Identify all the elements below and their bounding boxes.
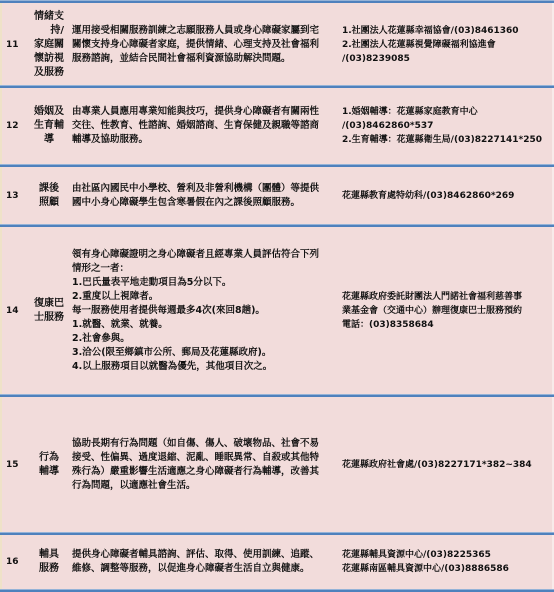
service-contact: 1.婚姻輔導：花蓮縣家庭教育中心 /(03)8462860*537 2.生育輔導… [342,88,548,164]
description-line: 2.社會參與。 [72,332,319,346]
table-row-12: 12 婚姻及 生育輔 導 由專業人員應用專業知能與技巧，提供身心障礙者有關兩性 … [0,88,554,164]
service-name-line: 服務 [39,562,59,576]
contact-line: 花蓮縣政府社會處/(03)8227171*382~384 [342,458,532,472]
services-table: 11 情緒支 持/ 家庭關 懷訪視 及服務 運用接受相關服務訓練之志願服務人員或… [0,0,554,592]
service-description: 運用接受相關服務訓練之志願服務人員或身心障礙家屬到宅 關懷支持身心障礙者家庭，提… [72,4,334,85]
service-name: 婚姻及 生育輔 導 [30,88,68,164]
service-description: 由專業人員應用專業知能與技巧，提供身心障礙者有關兩性 交往、性教育、性諮詢、婚姻… [72,88,334,164]
table-row-15: 15 行為 輔導 協助長期有行為問題（如自傷、傷人、破壞物品、社會不易 接受、性… [0,397,554,532]
table-row-11: 11 情緒支 持/ 家庭關 懷訪視 及服務 運用接受相關服務訓練之志願服務人員或… [0,4,554,85]
contact-line: 業基金會（交通中心）辦理復康巴士服務預約 [342,304,522,318]
table-row-13: 13 課後 照顧 由社區內國民中小學校、營利及非營利機構（團體）等提供 國中小身… [0,167,554,224]
row-number: 16 [6,535,30,589]
row-number: 15 [6,397,30,532]
description-line: 維修、調整等服務，以促進身心障礙者生活自立與健康。 [72,562,319,576]
description-line: 國中小身心障礙學生包含寒暑假在內之課後照顧服務。 [72,196,319,210]
description-line: 1.就醫、就業、就養。 [72,318,319,332]
description-line: 運用接受相關服務訓練之志願服務人員或身心障礙家屬到宅 [72,24,319,38]
service-contact: 花蓮縣輔具資源中心/(03)8225365 花蓮縣南區輔具資源中心/(03)88… [342,535,548,589]
service-name: 課後 照顧 [30,167,68,224]
service-description: 由社區內國民中小學校、營利及非營利機構（團體）等提供 國中小身心障礙學生包含寒暑… [72,167,334,224]
contact-line: 電話：(03)8358684 [342,318,522,332]
row-number: 13 [6,167,30,224]
service-name-line: 懷訪視 [34,52,64,66]
service-description: 提供身心障礙者輔具諮詢、評估、取得、使用訓練、追蹤、 維修、調整等服務，以促進身… [72,535,334,589]
service-name-line: 輔導 [39,465,59,479]
row-number: 11 [6,4,30,85]
contact-line: /(03)8462860*537 [342,119,542,133]
description-line: 2.重度以上視障者。 [72,290,319,304]
row-divider [0,0,554,3]
service-name-line: 輔具 [39,548,59,562]
row-number: 14 [6,227,30,394]
service-name-line: 照顧 [39,196,59,210]
service-name-line: 情緒支 [34,10,64,24]
contact-line: 花蓮縣輔具資源中心/(03)8225365 [342,548,509,562]
contact-line: 2.社團法人花蓮縣視覺障礙福利協進會 [342,38,519,52]
table-row-16: 16 輔具 服務 提供身心障礙者輔具諮詢、評估、取得、使用訓練、追蹤、 維修、調… [0,535,554,589]
description-line: 關懷支持身心障礙者家庭，提供情緒、心理支持及社會福利 [72,38,319,52]
contact-line: 花蓮縣教育處特幼科/(03)8462860*269 [342,189,514,203]
service-contact: 花蓮縣政府委託財團法人門諾社會福利慈善事 業基金會（交通中心）辦理復康巴士服務預… [342,227,548,394]
description-line: 3.洽公(限至鄉鎮市公所、郵局及花蓮縣政府)。 [72,346,319,360]
service-name-line: 家庭關 [34,38,64,52]
description-line: 殊行為）嚴重影響生活適應之身心障礙者行為輔導，改善其 [72,465,319,479]
contact-line: 1.社團法人花蓮縣幸福協會/(03)8461360 [342,24,519,38]
description-line: 服務諮詢，並結合民間社會福利資源協助解決問題。 [72,52,319,66]
service-name-line: 行為 [39,451,59,465]
service-name-line: 婚姻及 [34,105,64,119]
service-contact: 1.社團法人花蓮縣幸福協會/(03)8461360 2.社團法人花蓮縣視覺障礙福… [342,4,548,85]
contact-line: 花蓮縣南區輔具資源中心/(03)8886586 [342,562,509,576]
service-name-line: 復康巴 [34,297,64,311]
contact-line: /(03)8239085 [342,52,519,66]
service-name-line: 導 [34,133,64,147]
service-name: 行為 輔導 [30,397,68,532]
service-name-line: 持/ [34,24,64,38]
service-name-line: 及服務 [34,66,64,80]
service-description: 協助長期有行為問題（如自傷、傷人、破壞物品、社會不易 接受、性偏異、過度退縮、泥… [72,397,334,532]
service-name: 情緒支 持/ 家庭關 懷訪視 及服務 [30,4,68,85]
service-name-line: 課後 [39,182,59,196]
description-line: 協助長期有行為問題（如自傷、傷人、破壞物品、社會不易 [72,437,319,451]
contact-line: 1.婚姻輔導：花蓮縣家庭教育中心 [342,105,542,119]
description-line: 接受、性偏異、過度退縮、泥亂、睡眠異常、自殺或其他特 [72,451,319,465]
service-name-line: 生育輔 [34,119,64,133]
description-line: 交往、性教育、性諮詢、婚姻諮商、生育保健及親職等諮商 [72,119,319,133]
row-number: 12 [6,88,30,164]
service-name: 復康巴 士服務 [30,227,68,394]
contact-line: 花蓮縣政府委託財團法人門諾社會福利慈善事 [342,290,522,304]
description-line: 1.巴氏量表平地走動項目為5分以下。 [72,276,319,290]
service-name-line: 士服務 [34,311,64,325]
description-line: 行為問題，以適應社會生活。 [72,479,319,493]
contact-line: 2.生育輔導：花蓮縣衛生局/(03)8227141*250 [342,133,542,147]
service-name: 輔具 服務 [30,535,68,589]
description-line: 提供身心障礙者輔具諮詢、評估、取得、使用訓練、追蹤、 [72,548,319,562]
description-line: 領有身心障礙證明之身心障礙者且經專業人員評估符合下列 [72,248,319,262]
description-line: 情形之一者： [72,262,319,276]
description-line: 由專業人員應用專業知能與技巧，提供身心障礙者有關兩性 [72,105,319,119]
description-line: 由社區內國民中小學校、營利及非營利機構（團體）等提供 [72,182,319,196]
service-contact: 花蓮縣教育處特幼科/(03)8462860*269 [342,167,548,224]
table-row-14: 14 復康巴 士服務 領有身心障礙證明之身心障礙者且經專業人員評估符合下列 情形… [0,227,554,394]
service-contact: 花蓮縣政府社會處/(03)8227171*382~384 [342,397,548,532]
description-line: 輔導及協助服務。 [72,133,319,147]
description-line: 4.以上服務項目以就醫為優先，其他項目次之。 [72,360,319,374]
description-line: 每一服務使用者提供每週最多4次(來回8趟)。 [72,304,319,318]
service-description: 領有身心障礙證明之身心障礙者且經專業人員評估符合下列 情形之一者： 1.巴氏量表… [72,227,334,394]
